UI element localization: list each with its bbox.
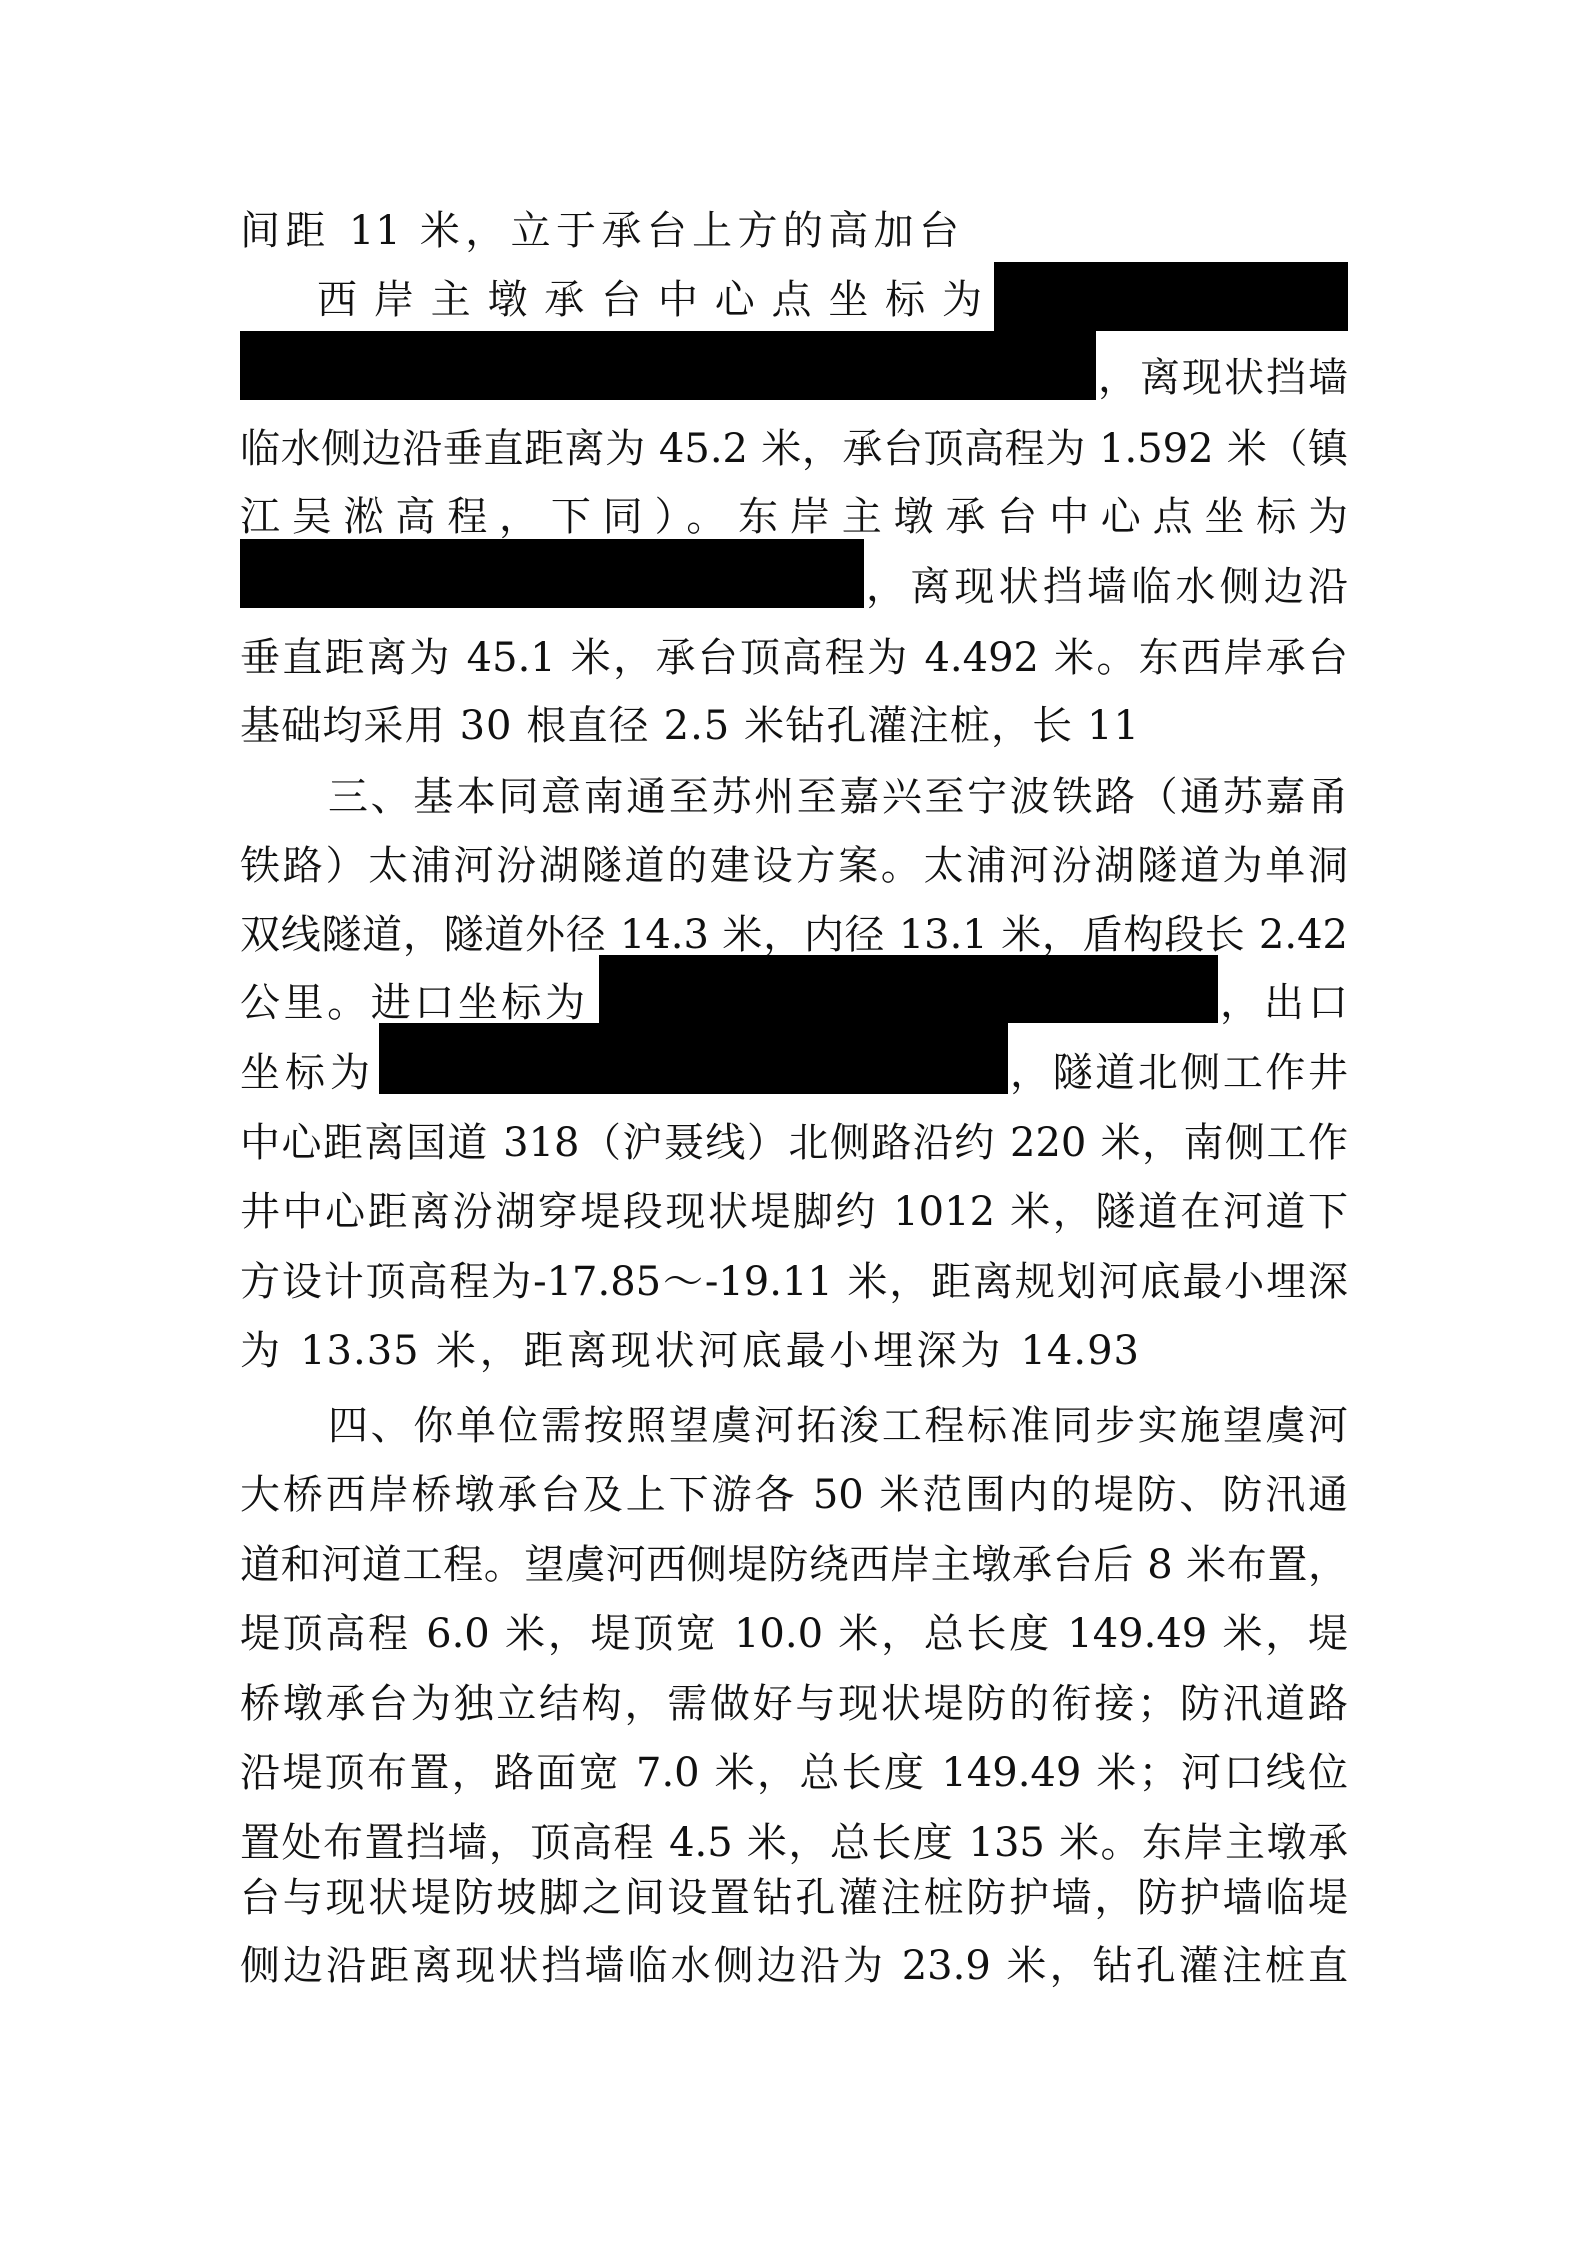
- text-segment: 三、基本同意南通至苏州至嘉兴至宁波铁路（通苏嘉甬: [328, 767, 1348, 827]
- text-line: 为 13.35 米，距离现状河底最小埋深为 14.93 米。: [0, 1321, 1587, 1381]
- text-line: 三、基本同意南通至苏州至嘉兴至宁波铁路（通苏嘉甬: [0, 767, 1587, 827]
- text-segment: 基础均采用 30 根直径 2.5 米钻孔灌注桩，长 115 米。: [240, 696, 1140, 756]
- text-line: 道和河道工程。望虞河西侧堤防绕西岸主墩承台后 8 米布置，: [0, 1535, 1587, 1595]
- text-segment: 大桥西岸桥墩承台及上下游各 50 米范围内的堤防、防汛通: [240, 1465, 1348, 1525]
- document-page: 间距 11 米，立于承台上方的高加台上。 西岸主墩承台中心点坐标为 ，离现状挡墙…: [0, 0, 1587, 2245]
- text-line: 江吴淞高程，下同）。东岸主墩承台中心点坐标为: [0, 487, 1587, 547]
- text-line: 中心距离国道 318（沪聂线）北侧路沿约 220 米，南侧工作: [0, 1113, 1587, 1173]
- text-segment: 台与现状堤防坡脚之间设置钻孔灌注桩防护墙，防护墙临堤: [240, 1868, 1348, 1928]
- text-line: 铁路）太浦河汾湖隧道的建设方案。太浦河汾湖隧道为单洞: [0, 836, 1587, 896]
- text-line: 间距 11 米，立于承台上方的高加台上。: [0, 201, 1587, 261]
- text-segment: 四、你单位需按照望虞河拓浚工程标准同步实施望虞河: [328, 1396, 1348, 1456]
- text-segment: 方设计顶高程为-17.85～-19.11 米，距离规划河底最小埋深: [240, 1252, 1348, 1312]
- text-line: 台与现状堤防坡脚之间设置钻孔灌注桩防护墙，防护墙临堤: [0, 1868, 1587, 1928]
- text-line: 堤顶高程 6.0 米，堤顶宽 10.0 米，总长度 149.49 米，堤防、: [0, 1604, 1587, 1664]
- text-segment: 中心距离国道 318（沪聂线）北侧路沿约 220 米，南侧工作: [240, 1113, 1348, 1173]
- text-segment: 置处布置挡墙，顶高程 4.5 米，总长度 135 米。东岸主墩承: [240, 1813, 1348, 1873]
- text-line: 井中心距离汾湖穿堤段现状堤脚约 1012 米，隧道在河道下: [0, 1182, 1587, 1242]
- text-line: 置处布置挡墙，顶高程 4.5 米，总长度 135 米。东岸主墩承: [0, 1813, 1587, 1873]
- text-segment: 垂直距离为 45.1 米，承台顶高程为 4.492 米。东西岸承台: [240, 628, 1348, 688]
- text-line: 桥墩承台为独立结构，需做好与现状堤防的衔接；防汛道路: [0, 1674, 1587, 1734]
- text-segment: 西岸主墩承台中心点坐标为: [317, 270, 982, 330]
- text-segment: 临水侧边沿垂直距离为 45.2 米，承台顶高程为 1.592 米（镇: [240, 419, 1348, 479]
- redacted-tunnel-entrance-coordinates: [599, 955, 1218, 1023]
- redacted-west-pier-coordinates-part1: [994, 262, 1348, 331]
- text-line: 坐标为 ，隧道北侧工作井: [0, 1043, 1587, 1103]
- text-segment: 侧边沿距离现状挡墙临水侧边沿为 23.9 米，钻孔灌注桩直: [240, 1936, 1348, 1996]
- text-line: 方设计顶高程为-17.85～-19.11 米，距离规划河底最小埋深: [0, 1252, 1587, 1312]
- text-line: ，离现状挡墙临水侧边沿: [0, 557, 1587, 617]
- text-segment: ，出口: [1220, 973, 1348, 1033]
- text-segment: 间距 11 米，立于承台上方的高加台上。: [240, 201, 960, 261]
- text-line: 大桥西岸桥墩承台及上下游各 50 米范围内的堤防、防汛通: [0, 1465, 1587, 1525]
- text-segment: ，隧道北侧工作井: [1010, 1043, 1348, 1103]
- text-segment: 堤顶高程 6.0 米，堤顶宽 10.0 米，总长度 149.49 米，堤防、: [240, 1604, 1348, 1664]
- text-segment: ，离现状挡墙临水侧边沿: [866, 557, 1348, 617]
- text-segment: 井中心距离汾湖穿堤段现状堤脚约 1012 米，隧道在河道下: [240, 1182, 1348, 1242]
- text-line: ，离现状挡墙: [0, 348, 1587, 408]
- text-segment: 江吴淞高程，下同）。东岸主墩承台中心点坐标为: [240, 487, 1348, 547]
- text-segment: 铁路）太浦河汾湖隧道的建设方案。太浦河汾湖隧道为单洞: [240, 836, 1348, 896]
- text-line: 基础均采用 30 根直径 2.5 米钻孔灌注桩，长 115 米。: [0, 696, 1587, 756]
- text-segment: 桥墩承台为独立结构，需做好与现状堤防的衔接；防汛道路: [240, 1674, 1348, 1734]
- text-line: 沿堤顶布置，路面宽 7.0 米，总长度 149.49 米；河口线位: [0, 1743, 1587, 1803]
- text-line: 垂直距离为 45.1 米，承台顶高程为 4.492 米。东西岸承台: [0, 628, 1587, 688]
- text-segment: 为 13.35 米，距离现状河底最小埋深为 14.93 米。: [240, 1321, 1140, 1381]
- text-line: 四、你单位需按照望虞河拓浚工程标准同步实施望虞河: [0, 1396, 1587, 1456]
- text-segment: ，离现状挡墙: [1098, 348, 1348, 408]
- text-line: 西岸主墩承台中心点坐标为: [0, 270, 1587, 330]
- text-segment: 坐标为: [240, 1043, 370, 1103]
- text-segment: 沿堤顶布置，路面宽 7.0 米，总长度 149.49 米；河口线位: [240, 1743, 1348, 1803]
- text-line: 侧边沿距离现状挡墙临水侧边沿为 23.9 米，钻孔灌注桩直: [0, 1936, 1587, 1996]
- text-line: 临水侧边沿垂直距离为 45.2 米，承台顶高程为 1.592 米（镇: [0, 419, 1587, 479]
- text-segment: 道和河道工程。望虞河西侧堤防绕西岸主墩承台后 8 米布置，: [240, 1535, 1348, 1595]
